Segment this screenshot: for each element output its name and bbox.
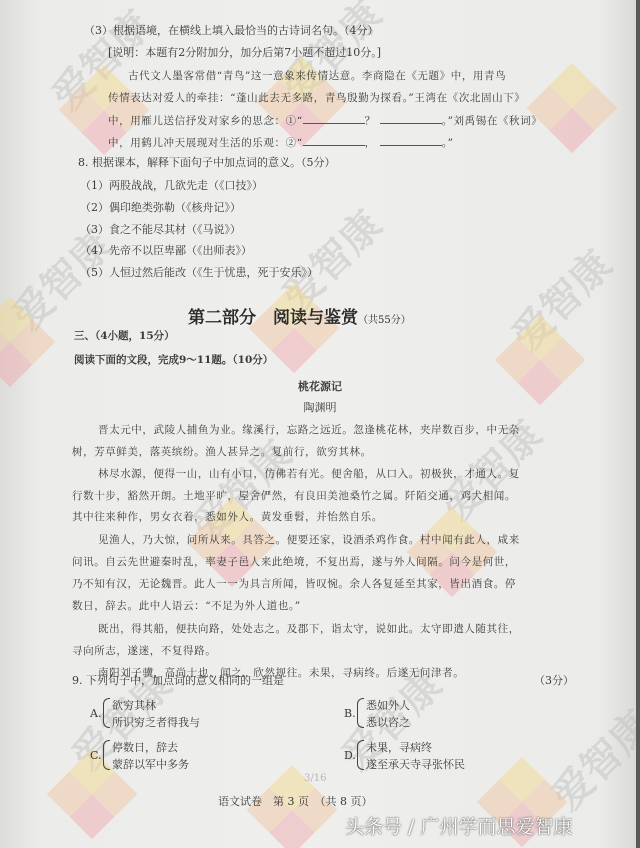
option-label: C. bbox=[90, 749, 102, 762]
answer-blank-1b[interactable] bbox=[380, 113, 442, 124]
option-label: D. bbox=[344, 749, 356, 762]
option-sentence: 欲穷其林 bbox=[112, 697, 156, 713]
option-sentence: 悉如外人 bbox=[366, 697, 410, 713]
brace-icon bbox=[357, 740, 364, 770]
passage-line: 其中往来种作，男女衣着，悉如外人。黄发垂髫，并怡然自乐。 bbox=[72, 510, 383, 524]
page-edge bbox=[636, 0, 640, 848]
page-footer: 语文试卷 第 3 页 （共 8 页） bbox=[218, 793, 372, 809]
q7-3-text: 中，用鹤儿冲天展现对生活的乐观：②“ bbox=[108, 137, 303, 149]
passage-line: 林尽水源，便得一山，山有小口，仿佛若有光。便舍船，从口入。初极狭，才通人。复 bbox=[98, 467, 520, 481]
q7-3-text: 。”刘禹锡在《秋词》 bbox=[442, 115, 543, 127]
option-sentence: 悉以咨之 bbox=[366, 714, 410, 730]
option-sentence: 蒙辞以军中多务 bbox=[112, 756, 189, 772]
part-score: （共55分） bbox=[358, 315, 411, 326]
q7-3-heading: （3）根据语境，在横线上填入最恰当的古诗词名句。（4分） bbox=[84, 24, 379, 38]
q9-score: （3分） bbox=[534, 674, 574, 688]
q8-item: （4）先帝不以臣卑鄙（《出师表》） bbox=[80, 244, 252, 258]
exam-page: 爱智康 爱智康 爱智康 爱智康 爱智康 爱智康 爱智康 爱智康 爱智康 爱智康 … bbox=[0, 0, 640, 848]
option-label: B. bbox=[344, 707, 356, 720]
option-sentence: 遂至承天寺寻张怀民 bbox=[366, 756, 465, 772]
q7-3-text: ？ bbox=[365, 115, 376, 127]
passage-line: 寻向所志，遂迷，不复得路。 bbox=[72, 644, 216, 658]
passage-line: 树，芳草鲜美，落英缤纷。渔人甚异之。复前行，欲穷其林。 bbox=[72, 445, 372, 459]
option-sentence: 所识穷乏者得我与 bbox=[112, 714, 200, 730]
q8-item: （5）人恒过然后能改（《生于忧患，死于安乐》） bbox=[80, 266, 318, 280]
q7-3-para-line: 传情表达对爱人的牵挂：“蓬山此去无多路，青鸟殷勤为探看。”王湾在《次北固山下》 bbox=[108, 91, 525, 105]
reading-instruction: 阅读下面的文段，完成9～11题。（10分） bbox=[74, 353, 273, 367]
q9-option-b[interactable]: B. 悉如外人 悉以咨之 bbox=[344, 697, 504, 729]
passage-author: 陶渊明 bbox=[0, 401, 640, 415]
q8-heading: 8. 根据课本，解释下面句子中加点词的意义。（5分） bbox=[78, 156, 336, 170]
passage-line: 行数十步，豁然开朗。土地平旷，屋舍俨然，有良田美池桑竹之属。阡陌交通，鸡犬相闻。 bbox=[72, 489, 516, 503]
brace-icon bbox=[357, 698, 364, 728]
answer-blank-2b[interactable] bbox=[380, 135, 442, 146]
q8-item: （1）两股战战，几欲先走（《口技》） bbox=[80, 179, 263, 193]
brace-icon bbox=[103, 698, 110, 728]
passage-title: 桃花源记 bbox=[0, 380, 640, 394]
passage-line: 数日，辞去。此中人语云：“不足为外人道也。” bbox=[72, 599, 301, 613]
q7-3-text: ， bbox=[365, 137, 376, 149]
q8-item: （2）偶印绝类弥勒（《核舟记》） bbox=[80, 201, 241, 215]
option-sentence: 停数日，辞去 bbox=[112, 739, 178, 755]
answer-blank-2a[interactable] bbox=[303, 135, 365, 146]
passage-line: 见渔人，乃大惊，问所从来。具答之。便要还家，设酒杀鸡作食。村中闻有此人，咸来 bbox=[98, 533, 520, 547]
q8-item: （3）食之不能尽其材（《马说》） bbox=[80, 223, 241, 237]
passage-line: 问讯。自云先世避秦时乱，率妻子邑人来此绝境，不复出焉，遂与外人间隔。问今是何世， bbox=[72, 555, 516, 569]
q9-option-c[interactable]: C. 停数日，辞去 蒙辞以军中多务 bbox=[90, 739, 250, 771]
q7-3-para-line: 古代文人墨客常借“青鸟”这一意象来传情达意。李商隐在《无题》中，用青鸟 bbox=[128, 69, 506, 83]
part-title: 第二部分 阅读与鉴赏（共55分） bbox=[188, 303, 411, 328]
part-title-text: 第二部分 阅读与鉴赏 bbox=[188, 308, 358, 328]
q9-heading: 9. 下列句子中，加点词的意义相同的一组是 bbox=[72, 674, 284, 688]
q7-3-note: [说明：本题有2分附加分，加分后第7小题不超过10分。] bbox=[108, 46, 381, 60]
option-sentence: 未果，寻病终 bbox=[366, 739, 432, 755]
section-heading: 三、（4小题，15分） bbox=[74, 329, 175, 343]
q9-option-a[interactable]: A. 欲穷其林 所识穷乏者得我与 bbox=[90, 697, 250, 729]
passage-line: 乃不知有汉，无论魏晋。此人一一为具言所闻，皆叹惋。余人各复延至其家，皆出酒食。停 bbox=[72, 577, 516, 591]
q7-3-text: 中，用雁儿送信抒发对家乡的思念：①“ bbox=[108, 115, 303, 127]
q9-option-d[interactable]: D. 未果，寻病终 遂至承天寺寻张怀民 bbox=[344, 739, 524, 771]
q7-3-text: 。” bbox=[442, 137, 454, 149]
q7-3-para-line: 中，用雁儿送信抒发对家乡的思念：①“？ 。”刘禹锡在《秋词》 bbox=[108, 113, 542, 128]
q7-3-para-line: 中，用鹤儿冲天展现对生活的乐观：②“， 。” bbox=[108, 135, 454, 150]
watermark-logo bbox=[527, 63, 618, 154]
brace-icon bbox=[103, 740, 110, 770]
source-watermark: 头条号 / 广州学而思爱智康 bbox=[345, 812, 572, 839]
passage-line: 晋太元中，武陵人捕鱼为业。缘溪行，忘路之远近。忽逢桃花林，夹岸数百步，中无杂 bbox=[98, 423, 520, 437]
answer-blank-1a[interactable] bbox=[303, 113, 365, 124]
passage-line: 既出，得其船，便扶向路，处处志之。及郡下，诣太守，说如此。太守即遣人随其往， bbox=[98, 622, 520, 636]
option-label: A. bbox=[90, 707, 101, 720]
page-marker: 3/16 bbox=[304, 773, 326, 784]
